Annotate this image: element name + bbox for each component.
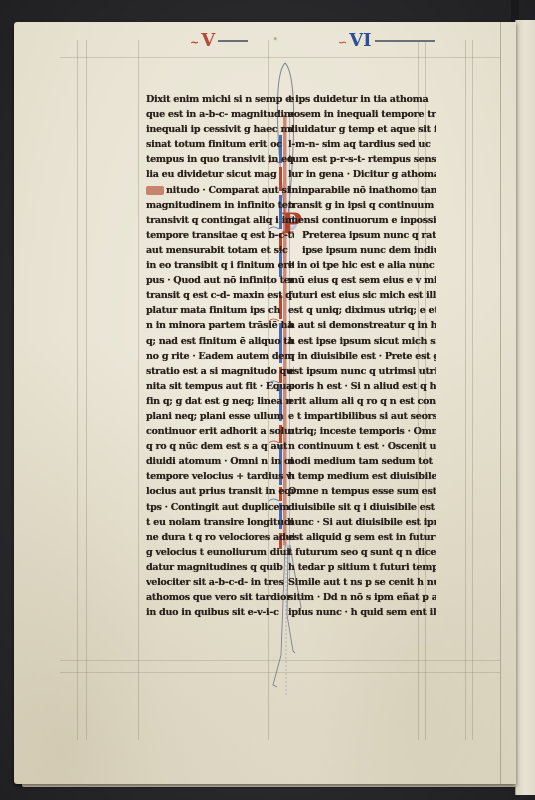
text-line: no g rite · Eadem autem demo [146, 349, 294, 364]
text-line: continuor erit adhorit a solum [146, 424, 294, 439]
text-line: futuri est eius sic mich est illi q fem [288, 288, 436, 303]
text-line: aut mensurabit totam et sic [146, 243, 294, 258]
text-line: Preterea ipsum nunc q ratamt set [288, 228, 436, 243]
ruling-line [138, 40, 139, 740]
text-line: poris h est · Si n aliud est q hic nō [288, 379, 436, 394]
text-line: diuidi atomum · Omni n in oi [146, 454, 294, 469]
ruling-line [472, 40, 473, 740]
text-line: stratio est a si magnitudo qui inf [146, 364, 294, 379]
text-line: transivit q contingat aliq i infinito [146, 213, 294, 228]
text-line: sinat totum finitum erit oc [146, 137, 294, 152]
text-line: h est ipse ipsum sicut mich sit e [288, 334, 436, 349]
text-line: erit alium ali q ro q n est continuu [288, 394, 436, 409]
text-line: diuidatur g temp et aque sit f- [288, 122, 436, 137]
text-column-right: t ips duidetur in tia athoma eosem in in… [288, 92, 436, 620]
running-header-center: • [272, 33, 279, 46]
text-line: tempus in quo transivit in eq [146, 152, 294, 167]
paragraph-mark-icon [146, 186, 164, 195]
text-line: athomos que vero sit tardior [146, 590, 294, 605]
text-line: est aliquid g sem est in futuru [288, 530, 436, 545]
text-line: q; nad est finitum ē aliquo tau [146, 334, 294, 349]
ruling-line [465, 40, 466, 740]
text-column-left: Dixit enim michi si n semp esse que est … [146, 92, 294, 620]
text-line: n continuum t est · Oscenit uni [288, 439, 436, 454]
text-line: in duo in quibus sit e-v-i-c [146, 605, 294, 620]
ruling-line [77, 40, 78, 740]
text-line: transit q est c-d- maxin est quam [146, 288, 294, 303]
flourish-icon: ∽ [338, 36, 347, 49]
text-line: h aut si demonstreatur q in huius [288, 318, 436, 333]
text-line: ipse ipsum nunc dem indiuisibile [288, 243, 436, 258]
text-line-content: nitudo · Comparat aut si omne [166, 185, 294, 196]
text-line: Simile aut t ns p se cenit h nunc ser [288, 575, 436, 590]
text-line: est ipsum nunc q utrimsi utriq; nt [288, 364, 436, 379]
text-line: Omne n tempus esse sum est q [288, 484, 436, 499]
text-line: nunc · Si aut diuisibile est ipm nunc [288, 515, 436, 530]
folio-numeral-left: V [201, 30, 215, 51]
flourish-icon: ~ [190, 36, 199, 49]
text-line: q ro q nūc dem est s a q aut [146, 439, 294, 454]
running-header-left: ~V [190, 30, 248, 52]
text-line: h temp medium est diuisibile erit [288, 469, 436, 484]
text-line: tempore velocius + tardius ve [146, 469, 294, 484]
text-line: e in oi tpe hic est e alia nunc ulti [288, 258, 436, 273]
text-line: ipius nunc · h quid sem ent illo [288, 605, 436, 620]
text-line: datur magnitudines q quib [146, 560, 294, 575]
text-line: in eo transibit q i finitum erit co [146, 258, 294, 273]
text-line: utriq; inceste temporis · Omne [288, 424, 436, 439]
text-line: nita sit tempus aut fit · Equam [146, 379, 294, 394]
text-line: mū eius q est sem eius e v mich [288, 273, 436, 288]
gutter-fold [500, 22, 501, 784]
text-line: inequali ip cessivit g haec me [146, 122, 294, 137]
facing-page-edge [515, 20, 535, 795]
text-line: tempore transitae q est b-c-tue [146, 228, 294, 243]
text-line: mensi continuorum e inpossible [288, 213, 436, 228]
text-line: magnitudinem in infinito tempore [146, 198, 294, 213]
text-line: Dixit enim michi si n semp esse [146, 92, 294, 107]
text-line: ininparabile nō inathomo tam [288, 183, 436, 198]
text-line: g velocius t eunoliurum diui [146, 545, 294, 560]
text-line: t futurum seo q sunt q n dicet [288, 545, 436, 560]
text-line: locius aut prius transit in equali [146, 484, 294, 499]
text-line: sitim · Dd n nō s ipm eñat p a [288, 590, 436, 605]
text-line-content: nita sit tempus aut fit · Equam [146, 381, 294, 392]
text-line: nitudo · Comparat aut si omne [146, 183, 294, 198]
text-line: tum est p-r-s-t- rtempus sensibi [288, 152, 436, 167]
running-header-right: ∽VI [338, 30, 435, 52]
text-line: que est in a-b-c- magnitudinem [146, 107, 294, 122]
text-line: e t impartibilibus si aut seorsu est [288, 409, 436, 424]
folio-numeral-right: VI [349, 30, 371, 51]
text-line: velociter sit a-b-c-d- in tres [146, 575, 294, 590]
text-line: nodi medium tam sedum tot no [288, 454, 436, 469]
text-line: q in diuisibile est · Prete est g idem [288, 349, 436, 364]
text-line: diuisibile sit q i diuisibile est ipm [288, 500, 436, 515]
text-line: h tedar p sitium t futuri temp [288, 560, 436, 575]
text-line: fin q; g dat est g neq; linea n [146, 394, 294, 409]
text-line: lur in gena · Dicitur g athoma [288, 167, 436, 182]
text-line: tps · Contingit aut duplicem [146, 500, 294, 515]
header-stroke [218, 40, 248, 42]
text-line: n in minora partem trāsiē hac [146, 318, 294, 333]
text-line: transit g in ipsi q continuum g eq [288, 198, 436, 213]
text-line: plani neq; plani esse ullum [146, 409, 294, 424]
text-line: ne dura t q ro velociores aduiat [146, 530, 294, 545]
text-line: platur mata finitum ips ch [146, 303, 294, 318]
header-stroke [375, 40, 435, 42]
text-line: pus · Quod aut nō infinito tempore [146, 273, 294, 288]
text-line: t ips duidetur in tia athoma [288, 92, 436, 107]
text-line: est q uniq; diximus utriq; e et [288, 303, 436, 318]
text-line: lia eu dividetur sicut mag [146, 167, 294, 182]
text-line: t eu nolam transire longitudi [146, 515, 294, 530]
text-line: l-m-n- sim aq tardius sed uc [288, 137, 436, 152]
ruling-line [86, 40, 87, 740]
text-line: eosem in inequali tempore trans [288, 107, 436, 122]
